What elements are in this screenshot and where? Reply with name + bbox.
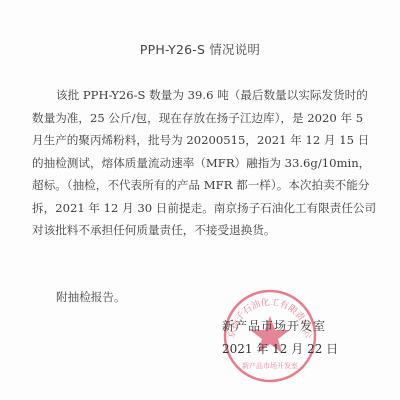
signature-department: 新产品市场开发室 xyxy=(222,317,326,334)
signature-date: 2021 年 12 月 22 日 xyxy=(222,340,338,357)
document-title: PPH-Y26-S 情况说明 xyxy=(0,40,400,58)
body-paragraph: 该批 PPH-Y26-S 数量为 39.6 吨（最后数量以实际发货时的数量为准，… xyxy=(32,84,377,242)
attachment-note: 附抽检报告。 xyxy=(32,286,377,309)
svg-text:新产品市场开发室: 新产品市场开发室 xyxy=(242,361,298,370)
company-seal-icon: 南京扬子石油化工有限责任公司 新产品市场开发室 xyxy=(220,286,320,386)
